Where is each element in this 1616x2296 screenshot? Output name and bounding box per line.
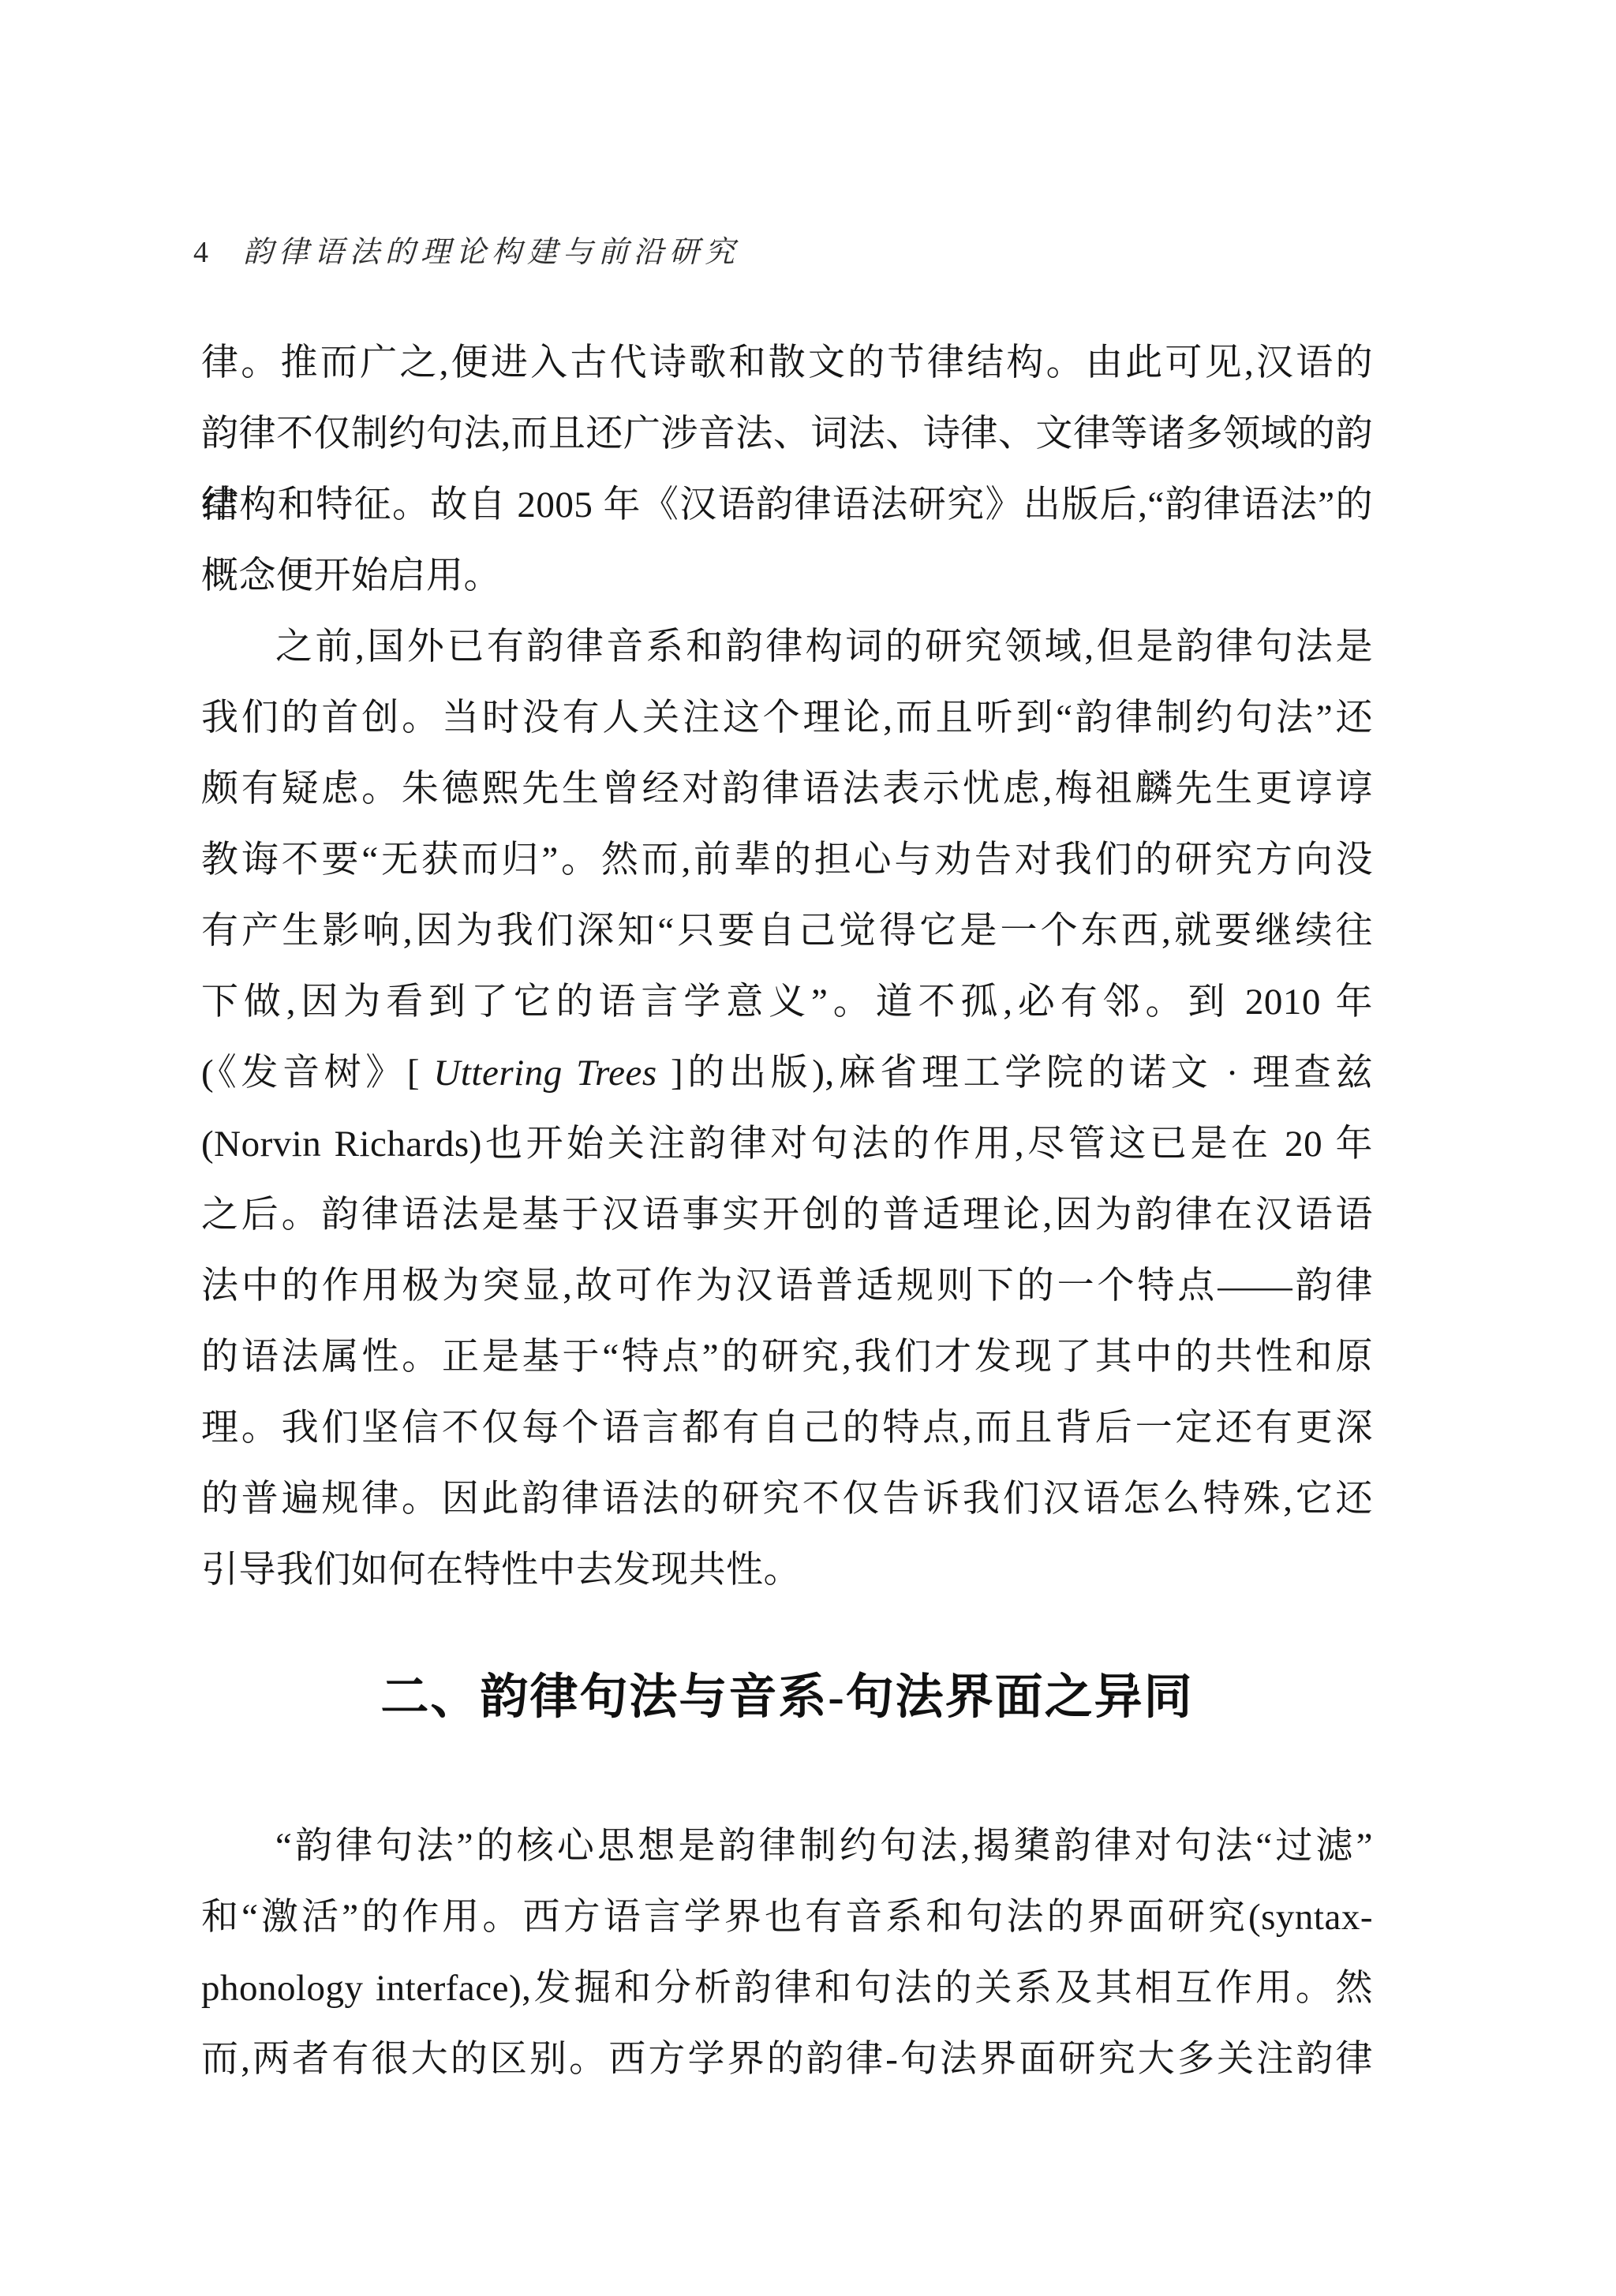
text-line: 之前,国外已有韵律音系和韵律构词的研究领域,但是韵律句法是 [201, 611, 1373, 682]
text-line: 之后。韵律语法是基于汉语事实开创的普适理论,因为韵律在汉语语 [201, 1180, 1373, 1251]
page-number: 4 [193, 235, 208, 270]
text-line: 韵律不仅制约句法,而且还广涉音法、词法、诗律、文律等诸多领域的韵律 [201, 398, 1373, 469]
text-segment: ]的出版),麻省理工学院的诺文 · 理查兹 [657, 1053, 1373, 1094]
text-line: (Norvin Richards)也开始关注韵律对句法的作用,尽管这已是在 20… [201, 1109, 1373, 1180]
book-title-latin: Uttering Trees [433, 1053, 656, 1094]
text-line: 的语法属性。正是基于“特点”的研究,我们才发现了其中的共性和原 [201, 1322, 1373, 1393]
book-page: 4韵律语法的理论构建与前沿研究 律。推而广之,便进入古代诗歌和散文的节律结构。由… [0, 0, 1616, 2296]
text-line: 我们的首创。当时没有人关注这个理论,而且听到“韵律制约句法”还 [201, 682, 1373, 753]
text-line: (《发音树》[ Uttering Trees ]的出版),麻省理工学院的诺文 ·… [201, 1038, 1373, 1109]
page-body: 律。推而广之,便进入古代诗歌和散文的节律结构。由此可见,汉语的 韵律不仅制约句法… [201, 327, 1373, 2095]
text-line: 下做,因为看到了它的语言学意义”。道不孤,必有邻。到 2010 年 [201, 967, 1373, 1038]
text-line: “韵律句法”的核心思想是韵律制约句法,揭橥韵律对句法“过滤” [201, 1811, 1373, 1882]
text-line: 概念便开始启用。 [201, 540, 1373, 611]
text-line: 法中的作用极为突显,故可作为汉语普适规则下的一个特点——韵律 [201, 1251, 1373, 1322]
text-segment: (《发音树》[ [201, 1053, 433, 1094]
text-line: 颇有疑虑。朱德熙先生曾经对韵律语法表示忧虑,梅祖麟先生更谆谆 [201, 753, 1373, 825]
text-line: phonology interface),发掘和分析韵律和句法的关系及其相互作用… [201, 1953, 1373, 2024]
running-head: 4韵律语法的理论构建与前沿研究 [193, 227, 740, 271]
text-line: 而,两者有很大的区别。西方学界的韵律-句法界面研究大多关注韵律 [201, 2024, 1373, 2095]
text-line: 有产生影响,因为我们深知“只要自己觉得它是一个东西,就要继续往 [201, 896, 1373, 967]
running-title: 韵律语法的理论构建与前沿研究 [243, 236, 740, 269]
text-line: 引导我们如何在特性中去发现共性。 [201, 1535, 1373, 1606]
text-line: 结构和特征。故自 2005 年《汉语韵律语法研究》出版后,“韵律语法”的 [201, 469, 1373, 540]
text-line: 律。推而广之,便进入古代诗歌和散文的节律结构。由此可见,汉语的 [201, 327, 1373, 398]
section-heading: 二、韵律句法与音系-句法界面之异同 [201, 1662, 1373, 1733]
text-line: 的普遍规律。因此韵律语法的研究不仅告诉我们汉语怎么特殊,它还 [201, 1464, 1373, 1535]
text-line: 和“激活”的作用。西方语言学界也有音系和句法的界面研究(syntax- [201, 1882, 1373, 1953]
text-line: 理。我们坚信不仅每个语言都有自己的特点,而且背后一定还有更深 [201, 1393, 1373, 1464]
text-line: 教诲不要“无获而归”。然而,前辈的担心与劝告对我们的研究方向没 [201, 825, 1373, 896]
